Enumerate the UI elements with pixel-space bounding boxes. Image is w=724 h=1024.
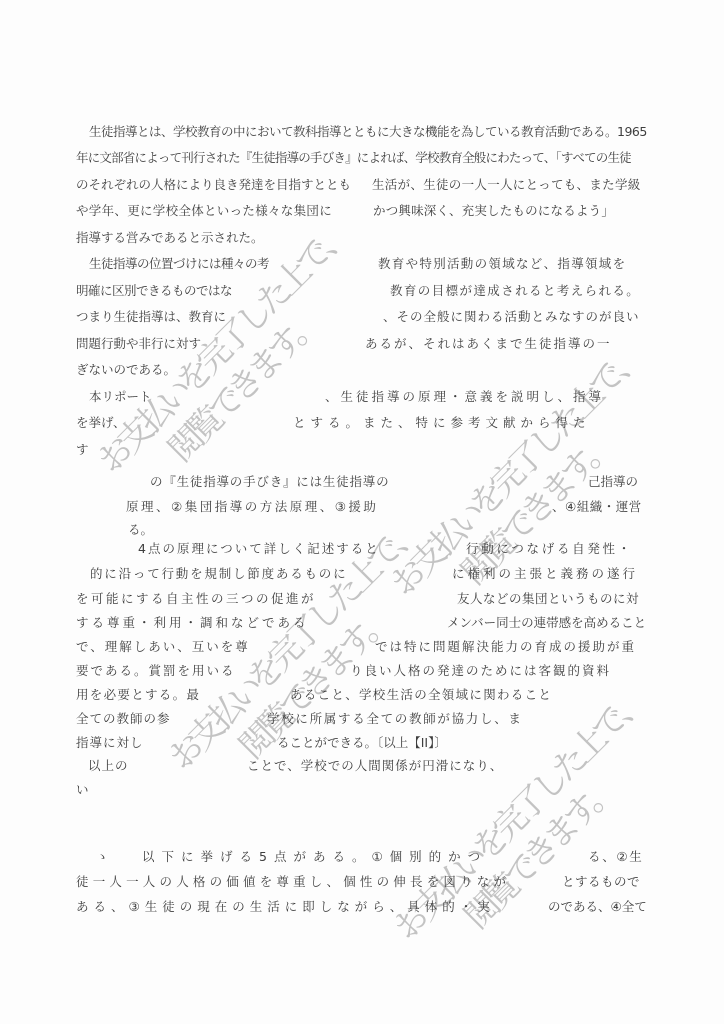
text-segment: 指導する営みであると示された。: [76, 231, 264, 245]
text-segment: 己指導の: [588, 475, 638, 489]
text-segment: 以上の: [88, 759, 129, 773]
text-segment: で、理解しあい、互いを尊: [76, 640, 250, 654]
text-segment: 的に沿って行動を規制し節度あるものに: [90, 567, 347, 581]
text-segment: ある、③生徒の現在の生活に即しながら、具体的・実: [76, 900, 495, 914]
text-segment: 4点の原理について詳しく記述すると: [138, 542, 380, 556]
text-segment: を挙げ、: [76, 416, 126, 430]
document-page: お支払いを完了した上で、閲覧できます。お支払いを完了した上で、閲覧できます。お支…: [0, 0, 724, 1024]
text-segment: のである、④全て: [548, 900, 647, 914]
text-segment: 、④組織・運営: [552, 500, 642, 514]
text-segment: 生徒指導の位置づけには種々の考: [89, 257, 269, 271]
text-segment: 友人などの集団というものに対: [457, 592, 639, 606]
text-segment: 教育や特別活動の領域など、指導領域を: [378, 257, 626, 271]
text-segment: 用を必要とする。最: [76, 688, 200, 702]
text-segment: では特に問題解決能力の育成の援助が重: [375, 640, 636, 654]
text-segment: 原理、②集団指導の方法原理、③援助: [126, 500, 378, 514]
text-segment: い: [76, 783, 89, 797]
text-segment: る、②生: [588, 850, 644, 864]
text-segment: 要である。賞罰を用いる: [76, 664, 236, 678]
text-segment: 学校に所属する全ての教師が協力し、ま: [267, 712, 523, 726]
text-segment: ことで、学校での人間関係が円滑になり、: [247, 759, 503, 773]
text-segment: かつ興味深く、充実したものになるよう」: [373, 204, 614, 218]
text-segment: あるが、それはあくまで生徒指導の一: [365, 337, 612, 351]
text-segment: 明確に区別できるものではな: [76, 284, 232, 298]
text-segment: 全ての教師の参: [76, 712, 171, 726]
text-segment: ぎないのである。: [76, 363, 176, 377]
text-segment: 行動につなげる自発性・: [466, 542, 633, 556]
text-segment: や学年、更に学校全体といった様々な集団に: [76, 204, 332, 218]
text-segment: 徒一人一人の人格の価値を尊重し、個性の伸長を図りなが: [76, 875, 510, 889]
text-segment: る。: [128, 523, 153, 537]
text-segment: 教育の目標が達成されると考えられる。: [390, 284, 640, 298]
text-segment: 、生徒指導の原理・意義を説明し、指導: [325, 390, 604, 404]
text-segment: 生徒指導とは、学校教育の中において教科指導とともに大きな機能を為している教育活動…: [89, 125, 647, 139]
document-text-layer: 生徒指導とは、学校教育の中において教科指導とともに大きな機能を為している教育活動…: [0, 0, 724, 1024]
text-segment: のそれぞれの人格により良き発達を目指すととも: [76, 178, 351, 192]
text-segment: 問題行動や非行に対す: [76, 337, 201, 351]
text-segment: あること、学校生活の全領域に関わること: [290, 688, 552, 702]
text-segment: を可能にする自主性の三つの促進が: [76, 592, 316, 606]
text-segment: ることができる。〔以上【II】〕: [277, 736, 447, 750]
text-segment: り良い人格の発達のためには客観的資料: [350, 664, 611, 678]
text-segment: つまり生徒指導は、教育に: [76, 310, 226, 324]
text-segment: の『生徒指導の手びき』には生徒指導の: [150, 475, 389, 489]
text-segment: 以下に挙げる5点がある。①個別的かつ: [142, 850, 487, 864]
text-segment: とする。また、特に参考文献から得た: [293, 416, 591, 430]
text-segment: に権利の主張と義務の遂行: [452, 567, 638, 581]
text-segment: する尊重・利用・調和などである: [76, 616, 309, 630]
text-segment: ゝ: [96, 850, 109, 864]
text-segment: す: [76, 443, 89, 457]
text-segment: 年に文部省によって刊行された『生徒指導の手びき』によれば、学校教育全般にわたって…: [76, 151, 631, 165]
text-segment: 指導に対し: [76, 736, 144, 750]
text-segment: メンバー同士の連帯感を高めること: [447, 616, 646, 630]
text-segment: とするもので: [562, 875, 640, 889]
text-segment: 、その全般に関わる活動とみなすのが良い: [383, 310, 640, 324]
text-segment: 生活が、生徒の一人一人にとっても、また学級: [372, 178, 641, 192]
text-segment: 本リポート: [89, 390, 152, 404]
